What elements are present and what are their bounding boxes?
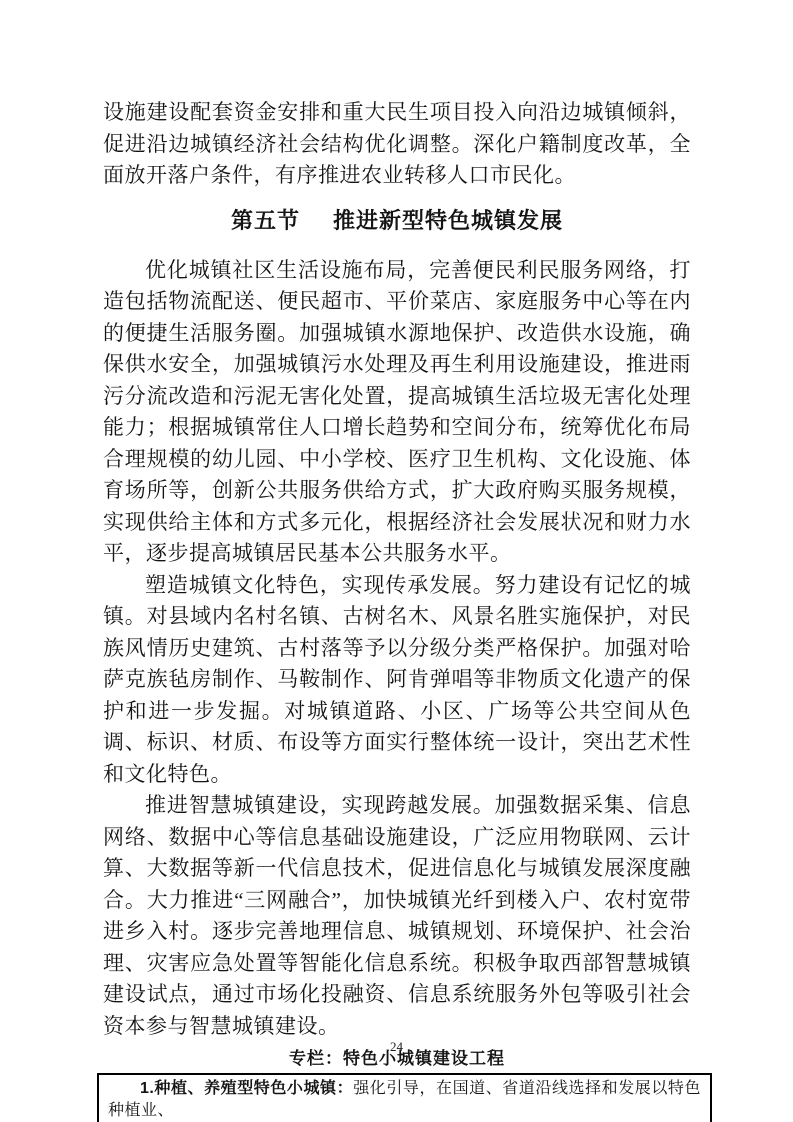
paragraph-smart-towns: 推进智慧城镇建设，实现跨越发展。加强数据采集、信息网络、数据中心等信息基础设施建… <box>103 790 691 1042</box>
paragraph-public-services: 优化城镇社区生活设施布局，完善便民利民服务网络，打造包括物流配送、便民超市、平价… <box>103 255 691 570</box>
section-heading: 第五节推进新型特色城镇发展 <box>103 207 691 235</box>
document-page: 设施建设配套资金安排和重大民生项目投入向沿边城镇倾斜，促进沿边城镇经济社会结构优… <box>0 0 793 1122</box>
page-content: 设施建设配套资金安排和重大民生项目投入向沿边城镇倾斜，促进沿边城镇经济社会结构优… <box>103 97 691 1122</box>
page-number: 24 <box>0 1039 793 1055</box>
paragraph-cultural-character: 塑造城镇文化特色，实现传承发展。努力建设有记忆的城镇。对县域内名村名镇、古树名木… <box>103 570 691 791</box>
section-title: 推进新型特色城镇发展 <box>333 208 563 233</box>
callout-box: 1.种植、养殖型特色小城镇：强化引导，在国道、省道沿线选择和发展以特色种植业、 <box>97 1073 712 1122</box>
paragraph-continuation: 设施建设配套资金安排和重大民生项目投入向沿边城镇倾斜，促进沿边城镇经济社会结构优… <box>103 97 691 192</box>
section-number: 第五节 <box>231 208 300 233</box>
callout-item-lead: 1.种植、养殖型特色小城镇： <box>140 1080 353 1097</box>
